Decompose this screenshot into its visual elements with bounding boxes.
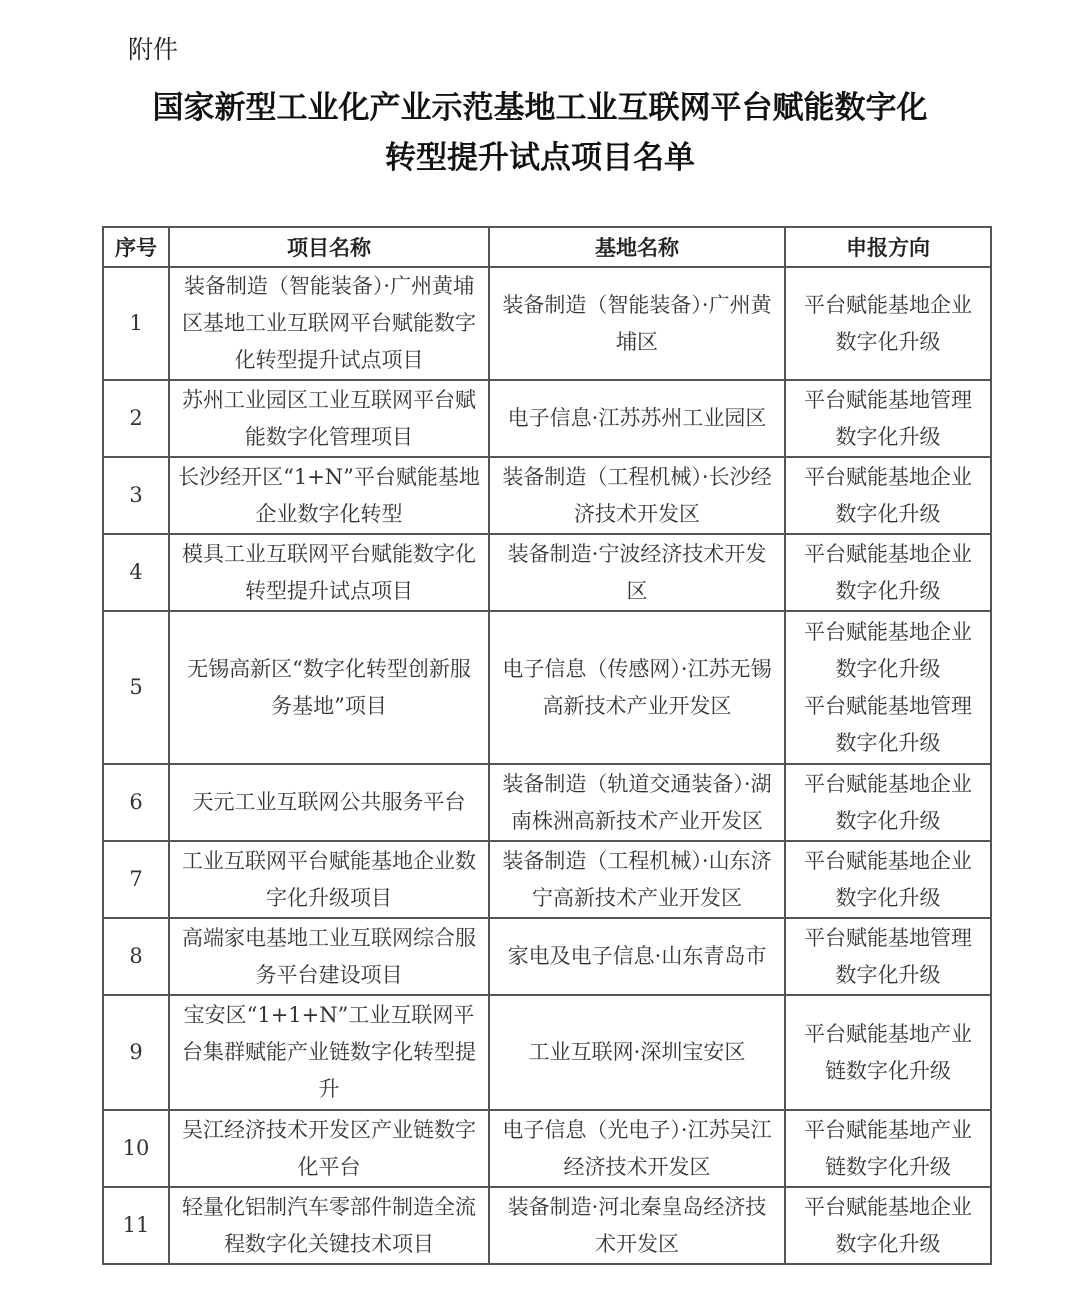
row-number: 9 [103, 995, 169, 1110]
row-number: 11 [103, 1187, 169, 1264]
application-direction: 平台赋能基地企业数字化升级平台赋能基地管理数字化升级 [785, 611, 991, 764]
column-header-number: 序号 [103, 227, 169, 267]
direction-line: 平台赋能基地企业数字化升级 [794, 287, 982, 361]
direction-line: 平台赋能基地企业数字化升级 [794, 459, 982, 533]
table-row: 7工业互联网平台赋能基地企业数字化升级项目装备制造（工程机械）·山东济宁高新技术… [103, 841, 991, 918]
project-name: 无锡高新区“数字化转型创新服务基地”项目 [169, 611, 489, 764]
row-number: 10 [103, 1110, 169, 1187]
base-name: 装备制造（智能装备）·广州黄埔区 [489, 267, 785, 380]
base-name: 电子信息·江苏苏州工业园区 [489, 380, 785, 457]
row-number: 4 [103, 534, 169, 611]
row-number: 6 [103, 764, 169, 841]
application-direction: 平台赋能基地管理数字化升级 [785, 918, 991, 995]
direction-line: 平台赋能基地企业数字化升级 [794, 766, 982, 840]
project-name: 长沙经开区“1+N”平台赋能基地企业数字化转型 [169, 457, 489, 534]
application-direction: 平台赋能基地管理数字化升级 [785, 380, 991, 457]
row-number: 3 [103, 457, 169, 534]
base-name: 装备制造·宁波经济技术开发区 [489, 534, 785, 611]
direction-line: 平台赋能基地企业数字化升级 [794, 1189, 982, 1263]
direction-line: 平台赋能基地管理数字化升级 [794, 382, 982, 456]
document-title-line-2: 转型提升试点项目名单 [0, 132, 1080, 177]
application-direction: 平台赋能基地企业数字化升级 [785, 534, 991, 611]
table-row: 3长沙经开区“1+N”平台赋能基地企业数字化转型装备制造（工程机械）·长沙经济技… [103, 457, 991, 534]
application-direction: 平台赋能基地产业链数字化升级 [785, 995, 991, 1110]
table-row: 8高端家电基地工业互联网综合服务平台建设项目家电及电子信息·山东青岛市平台赋能基… [103, 918, 991, 995]
direction-line: 平台赋能基地企业数字化升级 [794, 536, 982, 610]
table-row: 4模具工业互联网平台赋能数字化转型提升试点项目装备制造·宁波经济技术开发区平台赋… [103, 534, 991, 611]
project-name: 工业互联网平台赋能基地企业数字化升级项目 [169, 841, 489, 918]
project-name: 吴江经济技术开发区产业链数字化平台 [169, 1110, 489, 1187]
table-row: 9宝安区“1+1+N”工业互联网平台集群赋能产业链数字化转型提升工业互联网·深圳… [103, 995, 991, 1110]
row-number: 2 [103, 380, 169, 457]
project-name: 模具工业互联网平台赋能数字化转型提升试点项目 [169, 534, 489, 611]
row-number: 5 [103, 611, 169, 764]
base-name: 电子信息（传感网）·江苏无锡高新技术产业开发区 [489, 611, 785, 764]
project-name: 轻量化铝制汽车零部件制造全流程数字化关键技术项目 [169, 1187, 489, 1264]
attachment-label: 附件 [128, 30, 178, 66]
base-name: 装备制造（轨道交通装备）·湖南株洲高新技术产业开发区 [489, 764, 785, 841]
column-header-direction: 申报方向 [785, 227, 991, 267]
row-number: 7 [103, 841, 169, 918]
direction-line: 平台赋能基地管理数字化升级 [794, 688, 982, 762]
project-name: 高端家电基地工业互联网综合服务平台建设项目 [169, 918, 489, 995]
direction-line: 平台赋能基地企业数字化升级 [794, 614, 982, 688]
project-name: 装备制造（智能装备）·广州黄埔区基地工业互联网平台赋能数字化转型提升试点项目 [169, 267, 489, 380]
application-direction: 平台赋能基地产业链数字化升级 [785, 1110, 991, 1187]
application-direction: 平台赋能基地企业数字化升级 [785, 1187, 991, 1264]
table-row: 6天元工业互联网公共服务平台装备制造（轨道交通装备）·湖南株洲高新技术产业开发区… [103, 764, 991, 841]
table-row: 2苏州工业园区工业互联网平台赋能数字化管理项目电子信息·江苏苏州工业园区平台赋能… [103, 380, 991, 457]
application-direction: 平台赋能基地企业数字化升级 [785, 267, 991, 380]
table-row: 11轻量化铝制汽车零部件制造全流程数字化关键技术项目装备制造·河北秦皇岛经济技术… [103, 1187, 991, 1264]
base-name: 电子信息（光电子）·江苏吴江经济技术开发区 [489, 1110, 785, 1187]
application-direction: 平台赋能基地企业数字化升级 [785, 764, 991, 841]
table-row: 5无锡高新区“数字化转型创新服务基地”项目电子信息（传感网）·江苏无锡高新技术产… [103, 611, 991, 764]
table-header-row: 序号 项目名称 基地名称 申报方向 [103, 227, 991, 267]
project-name: 宝安区“1+1+N”工业互联网平台集群赋能产业链数字化转型提升 [169, 995, 489, 1110]
column-header-base-name: 基地名称 [489, 227, 785, 267]
row-number: 1 [103, 267, 169, 380]
direction-line: 平台赋能基地产业链数字化升级 [794, 1016, 982, 1090]
application-direction: 平台赋能基地企业数字化升级 [785, 457, 991, 534]
application-direction: 平台赋能基地企业数字化升级 [785, 841, 991, 918]
base-name: 家电及电子信息·山东青岛市 [489, 918, 785, 995]
project-name: 苏州工业园区工业互联网平台赋能数字化管理项目 [169, 380, 489, 457]
direction-line: 平台赋能基地管理数字化升级 [794, 920, 982, 994]
document-title-line-1: 国家新型工业化产业示范基地工业互联网平台赋能数字化 [0, 82, 1080, 127]
project-name: 天元工业互联网公共服务平台 [169, 764, 489, 841]
table-row: 1装备制造（智能装备）·广州黄埔区基地工业互联网平台赋能数字化转型提升试点项目装… [103, 267, 991, 380]
direction-line: 平台赋能基地企业数字化升级 [794, 843, 982, 917]
row-number: 8 [103, 918, 169, 995]
base-name: 装备制造（工程机械）·山东济宁高新技术产业开发区 [489, 841, 785, 918]
direction-line: 平台赋能基地产业链数字化升级 [794, 1112, 982, 1186]
table-row: 10吴江经济技术开发区产业链数字化平台电子信息（光电子）·江苏吴江经济技术开发区… [103, 1110, 991, 1187]
project-list-table: 序号 项目名称 基地名称 申报方向 1装备制造（智能装备）·广州黄埔区基地工业互… [102, 226, 992, 1265]
column-header-project-name: 项目名称 [169, 227, 489, 267]
base-name: 装备制造·河北秦皇岛经济技术开发区 [489, 1187, 785, 1264]
base-name: 装备制造（工程机械）·长沙经济技术开发区 [489, 457, 785, 534]
base-name: 工业互联网·深圳宝安区 [489, 995, 785, 1110]
